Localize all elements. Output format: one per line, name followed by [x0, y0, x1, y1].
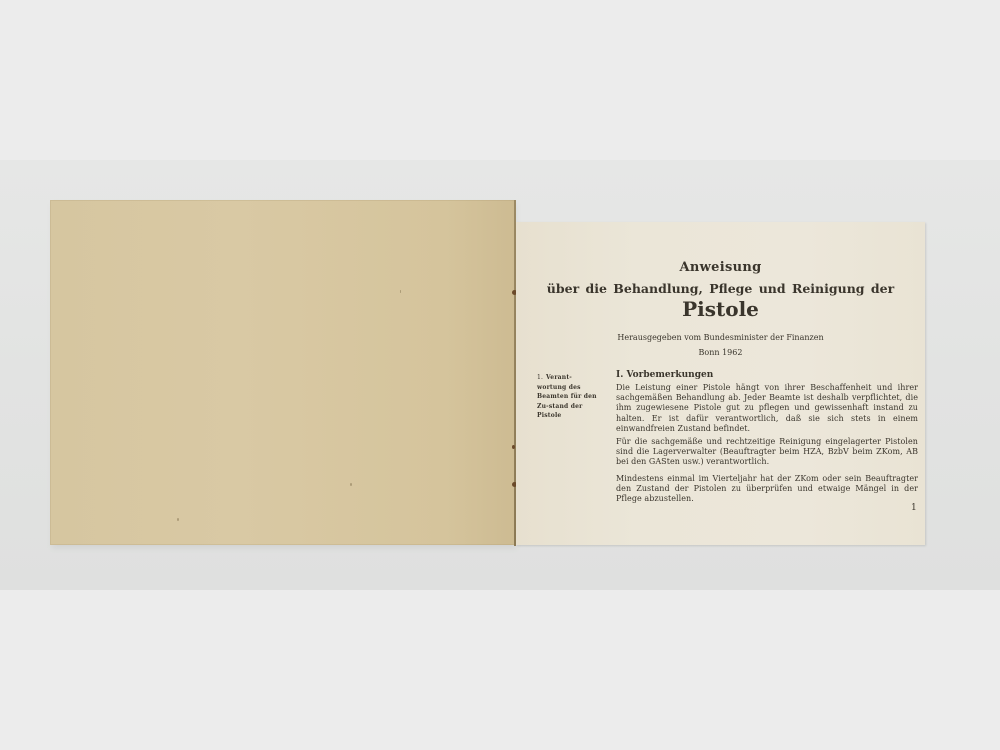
section-heading: I. Vorbemerkungen	[616, 370, 713, 380]
right-text-page: Anweisung über die Behandlung, Pflege un…	[516, 222, 925, 545]
paragraph: Für die sachgemäße und rechtzeitige Rein…	[616, 437, 918, 468]
place-year: Bonn 1962	[516, 348, 925, 357]
document-title-main: Pistole	[516, 297, 925, 321]
publisher-line: Herausgegeben vom Bundesminister der Fin…	[516, 333, 925, 342]
document-title-line1: Anweisung	[516, 260, 925, 275]
paragraph: Die Leistung einer Pistole hängt von ihr…	[616, 383, 918, 434]
margin-note-number: 1.	[537, 373, 546, 383]
margin-note: 1.Verant-wortung des Beamten für den Zu-…	[537, 373, 599, 421]
page-number: 1	[911, 503, 917, 513]
paper-fleck	[350, 483, 352, 486]
paper-fleck	[400, 290, 401, 293]
margin-note-text: Verant-wortung des Beamten für den Zu-st…	[537, 374, 597, 419]
paragraph: Mindestens einmal im Vierteljahr hat der…	[616, 474, 918, 505]
left-blank-page	[50, 200, 515, 545]
document-title-line2: über die Behandlung, Pflege und Reinigun…	[516, 281, 925, 296]
binding-stitch	[512, 445, 515, 449]
paper-fleck	[177, 518, 179, 521]
